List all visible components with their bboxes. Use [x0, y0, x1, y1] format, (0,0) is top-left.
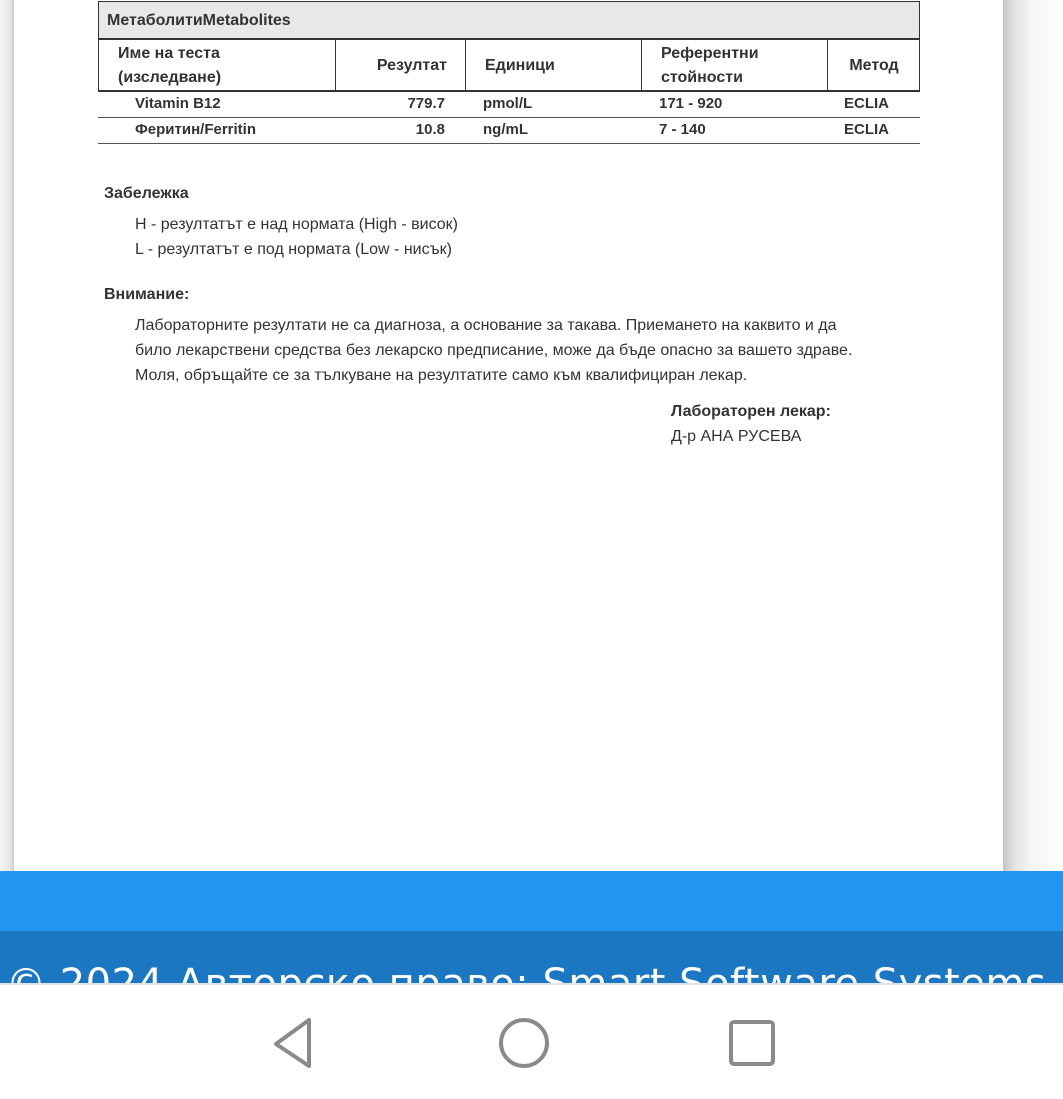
home-button[interactable] — [494, 1015, 554, 1071]
test-result: 779.7 — [334, 95, 445, 112]
note-high: H - резултатът е над нормата (High - вис… — [135, 216, 458, 234]
table-column-headers: Име на теста (изследване) Резултат Едини… — [98, 40, 920, 92]
warning-text: Лабораторните резултати не са диагноза, … — [135, 313, 935, 388]
section-header: МетаболитиMetabolites — [98, 1, 920, 40]
back-triangle-icon — [269, 1016, 317, 1070]
footer-bar — [0, 871, 1063, 931]
test-name: Феритин/Ferritin — [135, 121, 256, 138]
test-method: ECLIA — [844, 95, 889, 112]
lab-doctor-name: Д-р АНА РУСЕВА — [671, 428, 801, 446]
recent-apps-button[interactable] — [722, 1015, 782, 1071]
recent-apps-square-icon — [727, 1018, 777, 1068]
page-shadow-left — [0, 0, 14, 871]
column-header-method: Метод — [827, 40, 920, 90]
test-result: 10.8 — [334, 121, 445, 138]
warning-line: Моля, обръщайте се за тълкуване на резул… — [135, 363, 935, 388]
warning-line: Лабораторните резултати не са диагноза, … — [135, 313, 935, 338]
table-row: Vitamin B12 779.7 pmol/L 171 - 920 ECLIA — [98, 92, 920, 118]
lab-doctor-label: Лабораторен лекар: — [671, 403, 831, 421]
test-units: ng/mL — [483, 121, 528, 138]
test-reference: 171 - 920 — [659, 95, 722, 112]
column-header-units: Единици — [465, 40, 641, 90]
back-button[interactable] — [263, 1015, 323, 1071]
warning-title: Внимание: — [104, 286, 189, 304]
test-reference: 7 - 140 — [659, 121, 706, 138]
test-units: pmol/L — [483, 95, 532, 112]
system-navigation-bar — [0, 985, 1063, 1099]
page-shadow-right — [1003, 0, 1063, 871]
test-method: ECLIA — [844, 121, 889, 138]
column-header-result: Резултат — [335, 40, 465, 90]
column-header-test-name: Име на теста (изследване) — [99, 40, 335, 90]
footer-copyright-bar: © 2024 Авторско право: Smart Software Sy… — [0, 931, 1063, 983]
notes-title: Забележка — [104, 185, 189, 203]
warning-line: било лекарствени средства без лекарско п… — [135, 338, 935, 363]
note-low: L - резултатът е под нормата (Low - нисъ… — [135, 241, 452, 259]
home-circle-icon — [497, 1016, 551, 1070]
copyright-text: © 2024 Авторско право: Smart Software Sy… — [6, 961, 1046, 983]
test-name: Vitamin B12 — [135, 95, 221, 112]
column-header-reference: Референтни стойности — [641, 40, 827, 90]
table-row: Феритин/Ferritin 10.8 ng/mL 7 - 140 ECLI… — [98, 118, 920, 144]
